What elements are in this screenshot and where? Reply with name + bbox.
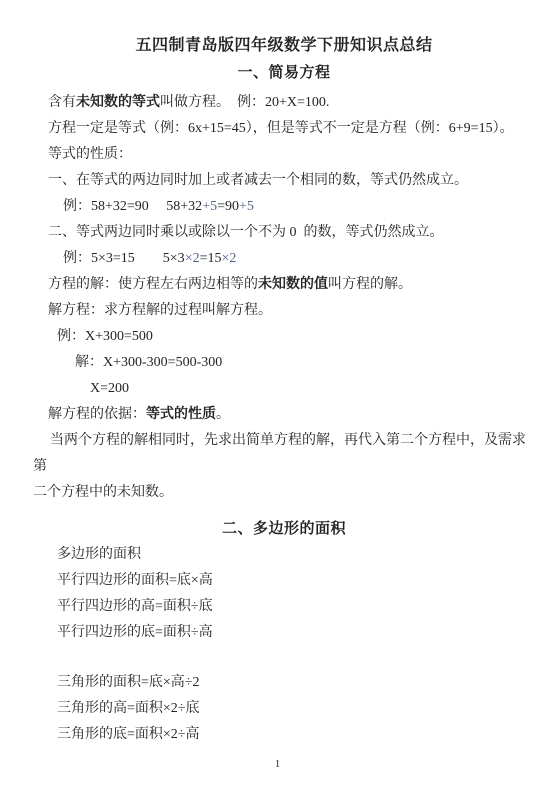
line-triangle-height: 三角形的高=面积×2÷底	[33, 696, 535, 722]
bold-term: 未知数的值	[258, 277, 328, 292]
line-property-2-example: 例：5×3=15 5×3×2=15×2	[33, 246, 535, 272]
highlighted-factor: ×2	[222, 251, 237, 266]
document-page: 五四制青岛版四年级数学下册知识点总结 一、简易方程 含有未知数的等式叫做方程。 …	[0, 0, 555, 785]
line-parallelogram-base: 平行四边形的底=面积÷高	[33, 620, 535, 646]
line-parallelogram-height: 平行四边形的高=面积÷底	[33, 594, 535, 620]
text-segment: 。	[216, 407, 230, 422]
line-parallelogram-area: 平行四边形的面积=底×高	[33, 568, 535, 594]
text-segment: =15	[200, 251, 222, 266]
line-equation-vs-equality: 方程一定是等式（例：6x+15=45），但是等式不一定是方程（例：6+9=15）…	[33, 116, 535, 142]
line-example-result: X=200	[33, 376, 535, 402]
line-triangle-area: 三角形的面积=底×高÷2	[33, 670, 535, 696]
text-segment: =90	[217, 199, 239, 214]
text-segment: 叫方程的解。	[328, 277, 412, 292]
line-equation-definition: 含有未知数的等式叫做方程。 例：20+X=100.	[33, 90, 535, 116]
section-2-heading: 二、多边形的面积	[33, 516, 535, 542]
text-segment: 例：58+32=90 58+32	[63, 199, 202, 214]
line-property-1-example: 例：58+32=90 58+32+5=90+5	[33, 194, 535, 220]
text-segment: 当两个方程的解相同时，先求出简单方程的解，再代入第二个方程中，及需求第	[33, 433, 526, 474]
highlighted-addend: +5	[239, 199, 254, 214]
page-number: 1	[275, 758, 281, 770]
line-solution-definition: 方程的解：使方程左右两边相等的未知数的值叫方程的解。	[33, 272, 535, 298]
page-footer: 1	[0, 757, 555, 771]
highlighted-addend: +5	[202, 199, 217, 214]
document-title: 五四制青岛版四年级数学下册知识点总结	[33, 34, 535, 58]
line-triangle-base: 三角形的底=面积×2÷高	[33, 722, 535, 748]
line-property-2: 二、等式两边同时乘以或除以一个不为 0 的数，等式仍然成立。	[33, 220, 535, 246]
bold-term: 等式的性质	[146, 407, 216, 422]
text-segment: 解方程的依据：	[48, 407, 146, 422]
highlighted-factor: ×2	[185, 251, 200, 266]
text-segment: 二个方程中的未知数。	[33, 485, 173, 500]
text-segment: 叫做方程。 例：20+X=100.	[160, 95, 329, 110]
text-segment: 方程的解：使方程左右两边相等的	[48, 277, 258, 292]
line-solving-definition: 解方程：求方程解的过程叫解方程。	[33, 298, 535, 324]
paragraph-two-equations: 当两个方程的解相同时，先求出简单方程的解，再代入第二个方程中，及需求第二个方程中…	[33, 428, 535, 506]
section-1-heading: 一、简易方程	[33, 60, 535, 86]
line-example-step: 解：X+300-300=500-300	[33, 350, 535, 376]
line-property-1: 一、在等式的两边同时加上或者减去一个相同的数，等式仍然成立。	[33, 168, 535, 194]
line-equality-properties-label: 等式的性质：	[33, 142, 535, 168]
line-example-equation: 例：X+300=500	[33, 324, 535, 350]
text-segment: 含有	[48, 95, 76, 110]
line-polygon-area: 多边形的面积	[33, 542, 535, 568]
text-segment: 例：5×3=15 5×3	[63, 251, 185, 266]
bold-term: 未知数的等式	[76, 95, 160, 110]
line-solving-basis: 解方程的依据：等式的性质。	[33, 402, 535, 428]
